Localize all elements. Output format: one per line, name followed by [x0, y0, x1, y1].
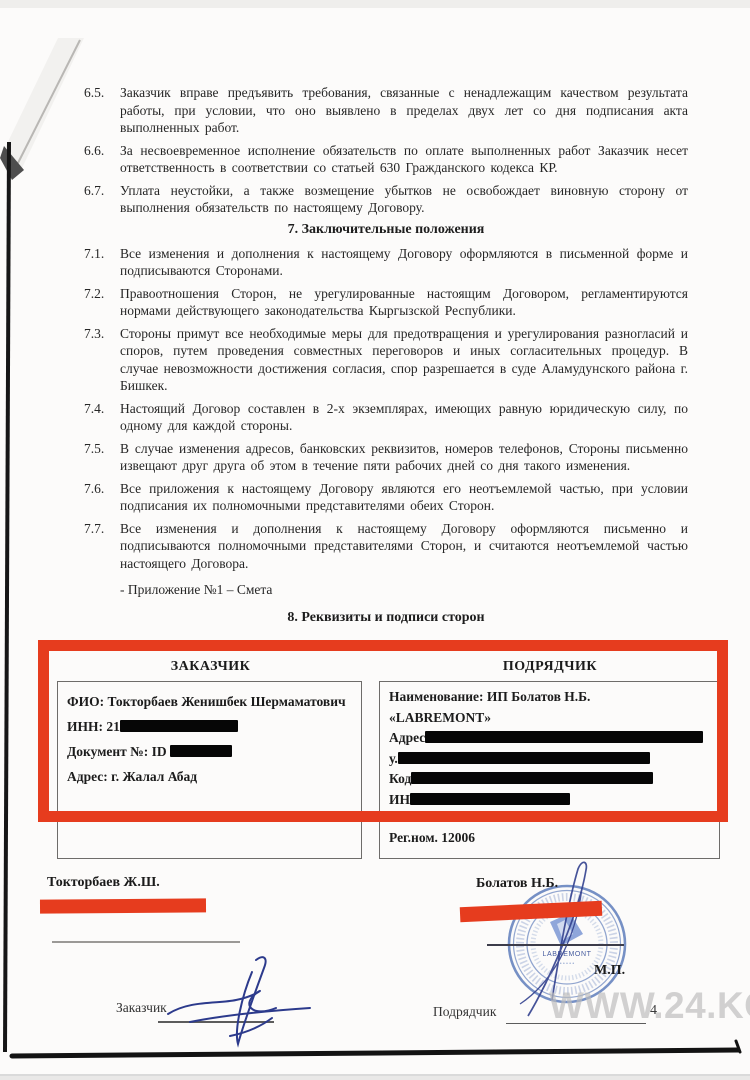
- clause-text: Все изменения и дополнения к настоящему …: [120, 520, 688, 573]
- clause-number: 6.5.: [84, 84, 120, 137]
- clause-text: Стороны примут все необходимые меры для …: [120, 325, 688, 395]
- clause-number: 7.4.: [84, 400, 120, 435]
- contract-clause: 6.7.Уплата неустойки, а также возмещение…: [84, 182, 688, 217]
- clause-number: 6.7.: [84, 182, 120, 217]
- red-underline-customer: [40, 898, 206, 913]
- street-redaction-bar: [398, 752, 650, 764]
- customer-signatory-name: Токторбаев Ж.Ш.: [47, 875, 160, 891]
- contractor-code-line: Код: [389, 769, 719, 790]
- contract-clause: 7.5.В случае изменения адресов, банковск…: [84, 440, 688, 475]
- clause-text: Заказчик вправе предъявить требования, с…: [120, 84, 688, 137]
- clause-text: Все приложения к настоящему Договору явл…: [120, 480, 688, 515]
- street-label: у.: [389, 751, 398, 766]
- contract-clause: 6.6.За несвоевременное исполнение обязат…: [84, 142, 688, 177]
- attachment-note: - Приложение №1 – Смета: [120, 582, 688, 598]
- contractor-inn-redaction-bar: [410, 793, 570, 805]
- stamp-place-label: М.П.: [594, 963, 625, 979]
- clause-text: Правоотношения Сторон, не урегулированны…: [120, 285, 688, 320]
- contract-clause: 7.4.Настоящий Договор составлен в 2-х эк…: [84, 400, 688, 435]
- clause-text: В случае изменения адресов, банковских р…: [120, 440, 688, 475]
- clause-text: Уплата неустойки, а также возмещение убы…: [120, 182, 688, 217]
- contract-clause: 7.6.Все приложения к настоящему Договору…: [84, 480, 688, 515]
- inn-label: ИНН:: [67, 719, 103, 734]
- contract-clause: 7.2.Правоотношения Сторон, не урегулиров…: [84, 285, 688, 320]
- clause-number: 7.7.: [84, 520, 120, 573]
- scanned-contract-page: 6.5.Заказчик вправе предъявить требовани…: [0, 0, 750, 1080]
- contract-clause: 7.7.Все изменения и дополнения к настоящ…: [84, 520, 688, 573]
- inn-redaction-bar: [120, 720, 238, 732]
- clause-number: 7.3.: [84, 325, 120, 395]
- section-7-heading: 7. Заключительные положения: [84, 222, 688, 238]
- handwritten-signature-icon: [160, 952, 355, 1052]
- customer-fio-line: ФИО: Токторбаев Женишбек Шермаматович: [67, 689, 361, 714]
- section-8-heading: 8. Реквизиты и подписи сторон: [84, 610, 688, 626]
- clause-number: 7.5.: [84, 440, 120, 475]
- page-number: 4: [650, 1003, 657, 1019]
- name-label: Наименование:: [389, 689, 484, 704]
- code-redaction-bar: [411, 772, 653, 784]
- scan-bottom-edge-line: [12, 1050, 738, 1056]
- contractor-signatory-name: Болатов Н.Б.: [476, 876, 558, 892]
- contractor-address-label: Адрес: [389, 730, 425, 745]
- document-visible: ID: [152, 744, 167, 759]
- customer-signature-blank-line: [52, 941, 240, 943]
- fio-label: ФИО:: [67, 694, 104, 709]
- customer-address-line: Адрес: г. Жалал Абад: [67, 764, 361, 789]
- contractor-signature-line: [487, 944, 624, 946]
- contract-body: 6.5.Заказчик вправе предъявить требовани…: [84, 84, 688, 633]
- contract-clause: 7.3.Стороны примут все необходимые меры …: [84, 325, 688, 395]
- clause-text: Все изменения и дополнения к настоящему …: [120, 245, 688, 280]
- contract-clause: 6.5.Заказчик вправе предъявить требовани…: [84, 84, 688, 137]
- registration-number: Рег.ном. 12006: [389, 830, 475, 846]
- customer-details-cell: ФИО: Токторбаев Женишбек Шермаматович ИН…: [57, 681, 362, 859]
- clauses-section-7: 7.1.Все изменения и дополнения к настоящ…: [84, 245, 688, 573]
- scan-top-strip: [0, 0, 750, 8]
- contract-clause: 7.1.Все изменения и дополнения к настоящ…: [84, 245, 688, 280]
- customer-column-header: ЗАКАЗЧИК: [57, 659, 364, 675]
- inn-visible-digits: 21: [106, 719, 120, 734]
- name-value: ИП Болатов Н.Б.: [487, 689, 591, 704]
- contractor-inn-line: ИН: [389, 790, 719, 811]
- address-value: г. Жалал Абад: [111, 769, 197, 784]
- clauses-section-6: 6.5.Заказчик вправе предъявить требовани…: [84, 84, 688, 217]
- stamp-dots: • • • • •: [560, 961, 575, 967]
- contractor-street-line: у.: [389, 749, 719, 770]
- clause-number: 7.1.: [84, 245, 120, 280]
- customer-inn-line: ИНН: 21: [67, 714, 361, 739]
- document-redaction-bar: [170, 745, 232, 757]
- customer-handwritten-signature: [160, 952, 355, 1057]
- stamp-company-text: LABREMONT: [543, 951, 592, 958]
- customer-document-line: Документ №: ID: [67, 739, 361, 764]
- clause-number: 7.6.: [84, 480, 120, 515]
- clause-text: За несвоевременное исполнение обязательс…: [120, 142, 688, 177]
- name-value-2: «LABREMONT»: [389, 710, 491, 725]
- clause-text: Настоящий Договор составлен в 2-х экземп…: [120, 400, 688, 435]
- contractor-name-line2: «LABREMONT»: [389, 708, 719, 729]
- address-label: Адрес:: [67, 769, 108, 784]
- code-label: Код: [389, 771, 411, 786]
- contractor-inn-label: ИН: [389, 792, 410, 807]
- contractor-column-header: ПОДРЯДЧИК: [380, 659, 720, 675]
- contractor-address-line: Адрес: [389, 728, 719, 749]
- clause-number: 7.2.: [84, 285, 120, 320]
- fio-value: Токторбаев Женишбек Шермаматович: [107, 694, 345, 709]
- contractor-caption: Подрядчик: [433, 1004, 496, 1020]
- scan-bottom-strip: [0, 1076, 750, 1080]
- address-redaction-bar: [425, 731, 703, 743]
- document-label: Документ №:: [67, 744, 148, 759]
- contractor-name-line: Наименование: ИП Болатов Н.Б.: [389, 687, 719, 708]
- scan-left-edge-line: [5, 142, 9, 1052]
- contractor-details-cell: Наименование: ИП Болатов Н.Б. «LABREMONT…: [379, 681, 720, 859]
- clause-number: 6.6.: [84, 142, 120, 177]
